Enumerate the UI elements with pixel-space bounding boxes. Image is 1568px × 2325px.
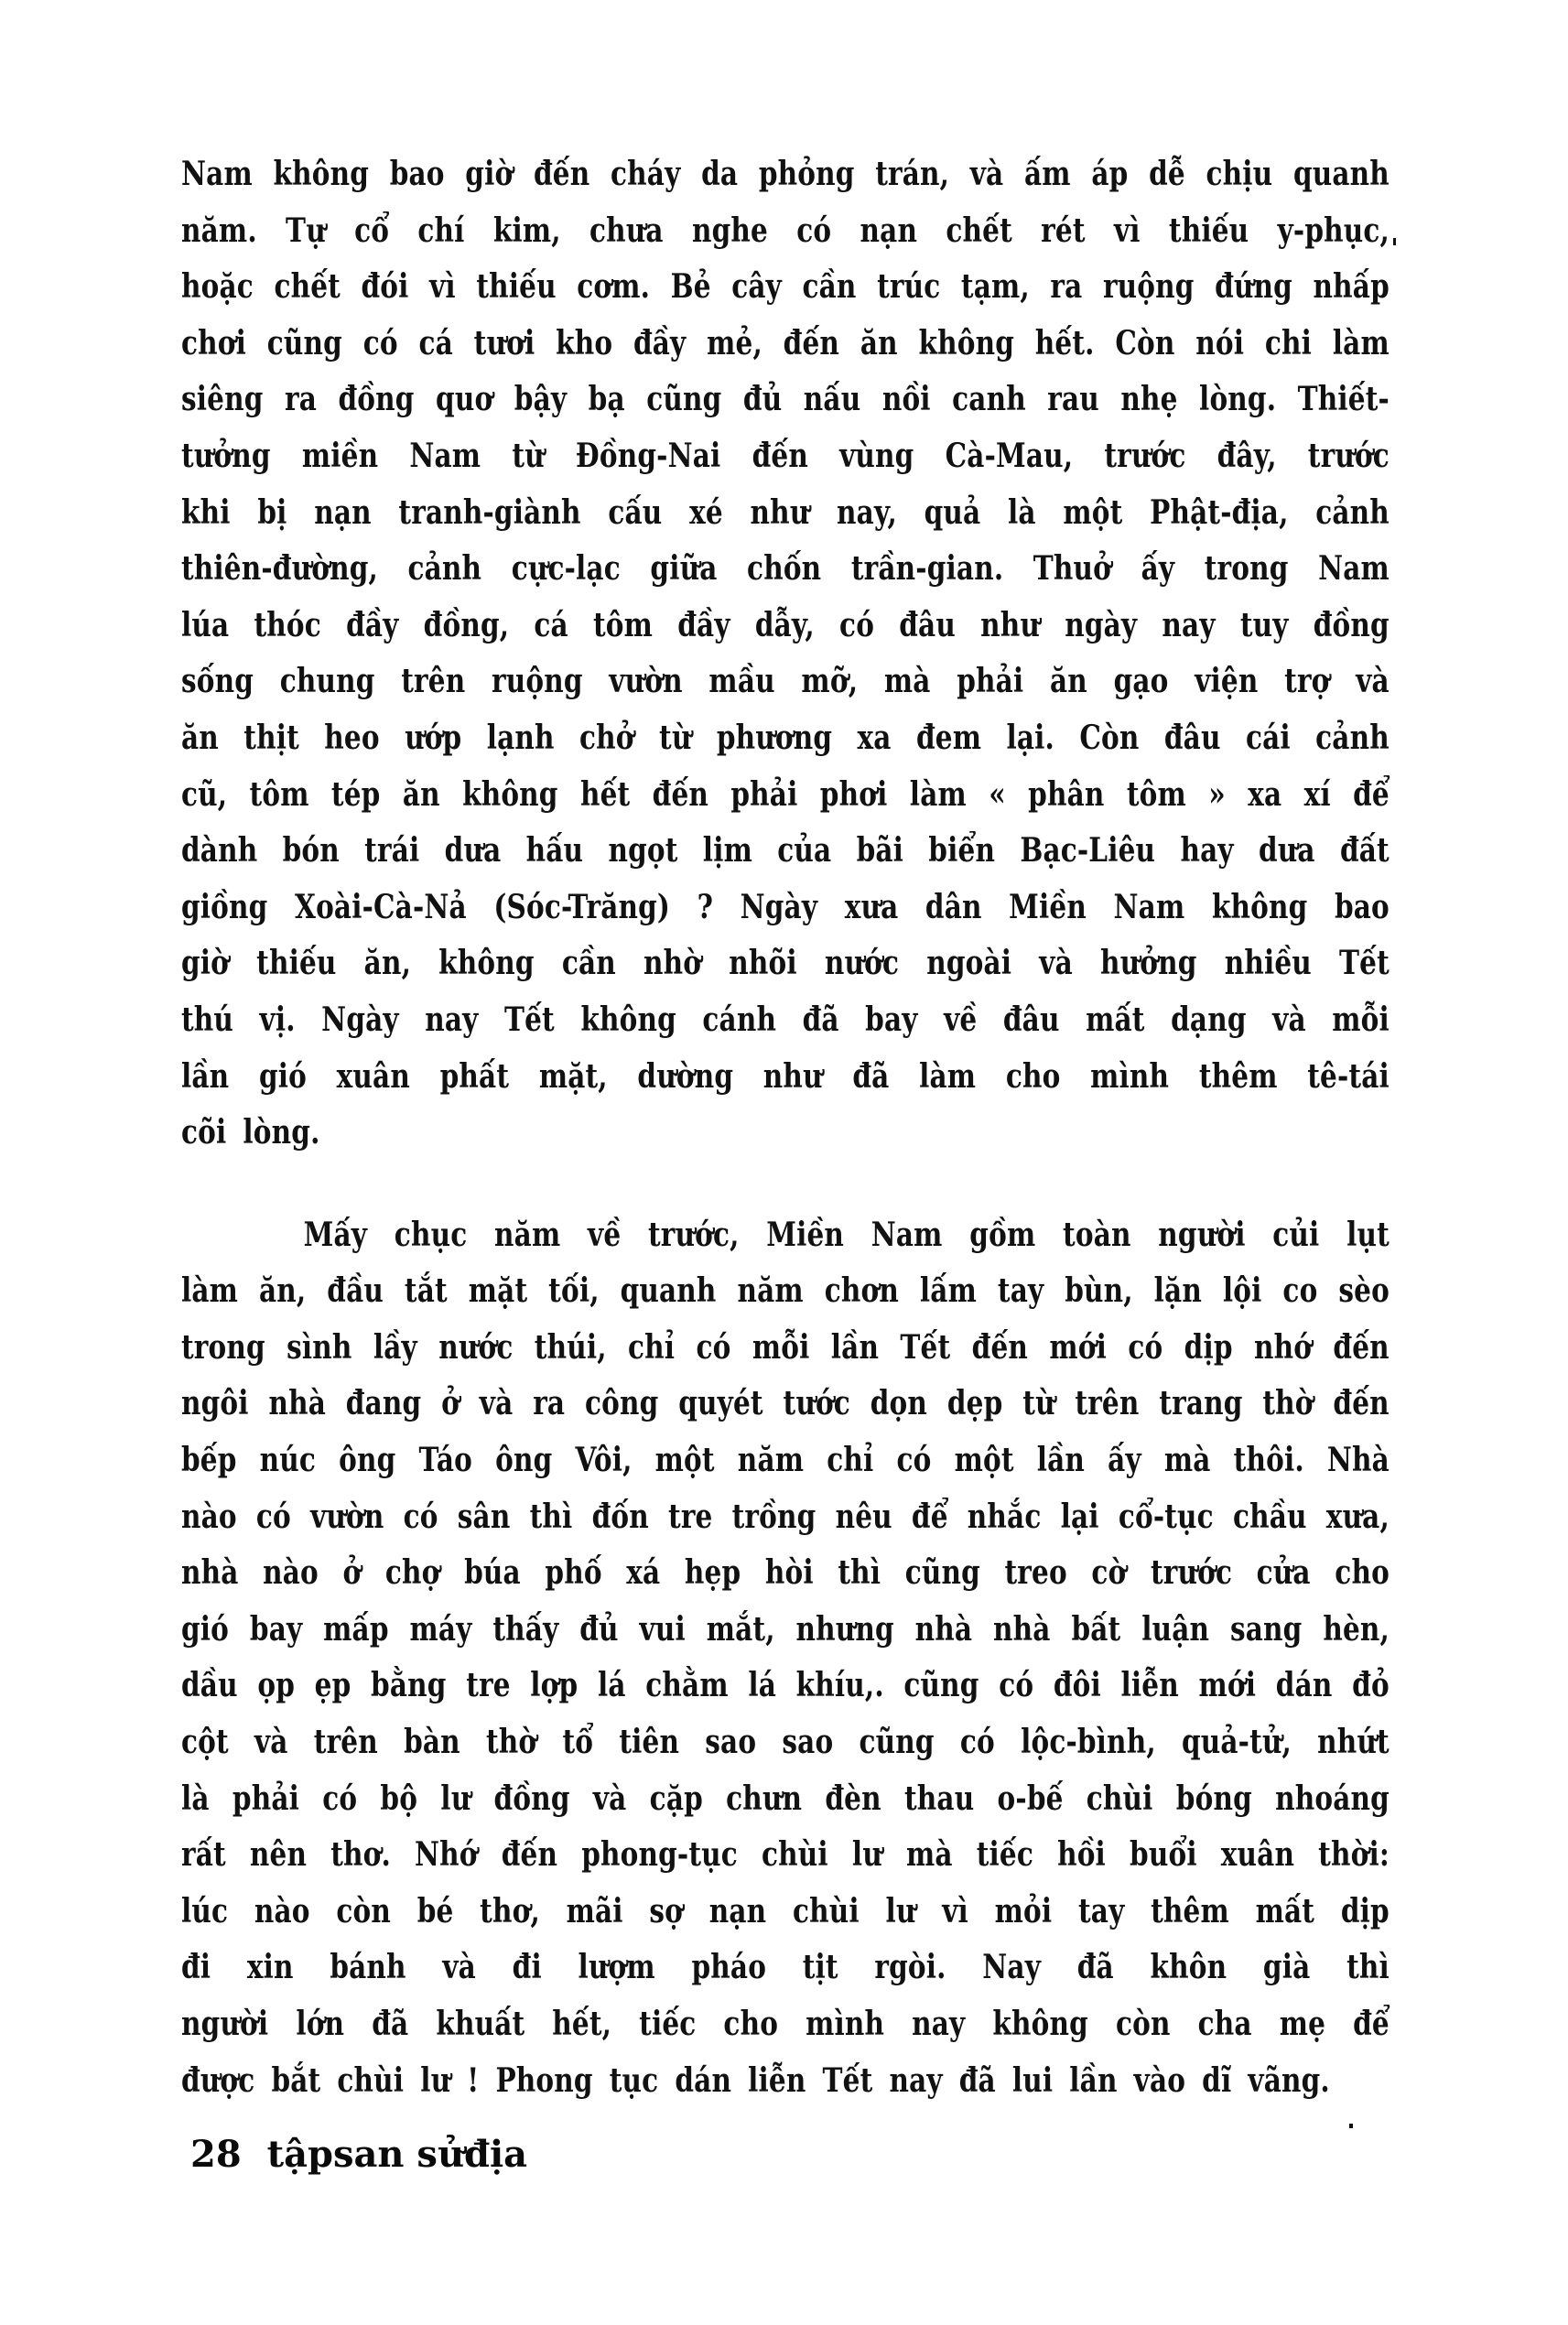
word: tục [610, 2053, 659, 2110]
text-line: năm.Tựcổchíkim,chưanghecónạnchếtrétvìthi… [181, 203, 1390, 260]
text-line: lúcnàocònbéthơ,mãisợnạnchùilưvìmỏitaythê… [181, 1884, 1390, 1941]
word: hèn, [1323, 1602, 1390, 1659]
word: miền [302, 428, 378, 485]
word: lầy [373, 1320, 417, 1377]
word: như [763, 1049, 823, 1106]
text-line: khibịnạntranh-giànhcấuxénhưnay,quảlàmộtP… [181, 485, 1390, 542]
word: và [1272, 992, 1306, 1049]
word: lần [1069, 2053, 1117, 2110]
word: vào [1134, 2053, 1185, 2110]
word: trợ [1284, 654, 1329, 710]
word: cảnh [1315, 485, 1390, 542]
text-line: bếpnúcôngTáoôngVôi,mộtnămchỉcómộtlầnấymà… [181, 1433, 1390, 1489]
word: Ngày [321, 992, 399, 1049]
word: năm [494, 1207, 560, 1264]
scan-artifact [1349, 2124, 1353, 2128]
word: là [1008, 485, 1036, 542]
word: quanh [1293, 146, 1390, 203]
word: lụt [1346, 1207, 1390, 1264]
word: cặp [650, 1771, 703, 1828]
word: có [322, 1771, 357, 1828]
word: Đồng-Nai [576, 428, 720, 485]
word: vãng. [1248, 2053, 1329, 2110]
word: tôm [250, 767, 309, 824]
word: và [480, 1376, 514, 1433]
word: tre [668, 1489, 712, 1546]
word: cũng [905, 1545, 980, 1602]
word: đủ [743, 372, 782, 428]
word: dịp [1341, 1884, 1390, 1941]
word: để [912, 1489, 948, 1546]
word: dưa [445, 823, 502, 880]
word: lá [748, 1658, 776, 1714]
word: kho [556, 316, 612, 373]
word: vị. [260, 992, 296, 1049]
word: lợp [530, 1658, 578, 1714]
text-line: rấtnênthơ.Nhớđếnphong-tụcchùilưmàtiếchồi… [181, 1827, 1390, 1884]
word: Xoài-Cà-Nả [295, 880, 467, 936]
text-line: sốngchungtrênruộngvườnmầumỡ,màphảiăngạov… [181, 654, 1390, 710]
word: rét [1041, 203, 1085, 260]
word: Phật-địa, [1150, 485, 1288, 542]
word: tươi [474, 316, 535, 373]
word: giữa [650, 541, 717, 598]
publication-title: tậpsan sửđịa [267, 2133, 528, 2176]
word: xưa, [1326, 1489, 1390, 1546]
word: còn [1116, 1996, 1171, 2053]
word: nào [181, 1489, 237, 1546]
word: bàn [404, 1714, 460, 1771]
word: ! [467, 2053, 479, 2110]
word: vui [640, 1602, 686, 1659]
word: Miền [766, 1207, 844, 1264]
word: ruộng [492, 654, 583, 710]
word: có [1128, 1320, 1162, 1377]
word: nhẹ [1120, 372, 1177, 428]
word: treo [1004, 1545, 1066, 1602]
word: nhắc [968, 1489, 1042, 1546]
word: ăn [1050, 654, 1087, 710]
word: bón [283, 823, 340, 880]
word: nạn [709, 1884, 767, 1941]
word: ruộng [1103, 259, 1195, 316]
word: thờ [486, 1714, 536, 1771]
word: bao [1335, 880, 1390, 936]
word: nhà [993, 1602, 1051, 1659]
word: đầu [327, 1263, 384, 1320]
word: bóng [1176, 1771, 1252, 1828]
word: canh [952, 372, 1026, 428]
word: Bạc-Liêu [1020, 823, 1155, 880]
word: Tự [286, 203, 326, 260]
word: Còn [1115, 316, 1174, 373]
word: ấy [1141, 541, 1175, 598]
word: cánh [702, 992, 776, 1049]
word: hết, [552, 1996, 611, 2053]
word: cũng [903, 1658, 979, 1714]
word: phương [717, 710, 832, 767]
word: đôi [1054, 1658, 1101, 1714]
word: nhứt [1317, 1714, 1390, 1771]
word: xá [626, 1545, 660, 1602]
text-line: lúathócđầyđồng,cátômđầydẫy,cóđâunhưngàyn… [181, 598, 1390, 654]
word: hấu [526, 823, 584, 880]
word: hưởng [1100, 935, 1197, 992]
word: năm [737, 1263, 803, 1320]
word: cây [731, 259, 782, 316]
word: cũng [860, 1714, 935, 1771]
word: đi [181, 1940, 211, 1996]
word: dầu [181, 1658, 238, 1714]
text-line: dầuọpẹpbằngtrelợpláchằmlákhíu,.cũngcóđôi… [181, 1658, 1390, 1714]
word: mỗi [1332, 992, 1390, 1049]
word: đã [852, 1049, 889, 1106]
word: ngoài [926, 935, 1011, 992]
word: kim, [493, 203, 561, 260]
word: dành [181, 823, 257, 880]
word: biển [928, 823, 995, 880]
word: người [181, 1996, 268, 2053]
word: có [999, 1658, 1033, 1714]
word: lúc [181, 1884, 228, 1941]
word: thời: [1318, 1827, 1390, 1884]
word: từ [512, 428, 544, 485]
word: trang [1159, 1376, 1242, 1433]
word: dĩ [1202, 2053, 1231, 2110]
word: và [970, 146, 1004, 203]
word: xé [689, 485, 723, 542]
word: heo [324, 710, 379, 767]
word: lịm [703, 823, 752, 880]
word: bất [1071, 1602, 1120, 1659]
text-line: làphảicóbộlưđồngvàcặpchưnđènthauo-bếchùi… [181, 1771, 1390, 1828]
word: và [1039, 935, 1073, 992]
word: đầy [633, 316, 686, 373]
word: cần [562, 935, 616, 992]
word: phải [232, 1771, 299, 1828]
word: bộ [380, 1771, 417, 1828]
word: đã [959, 2053, 996, 2110]
word: lại. [1007, 710, 1054, 767]
word: bao [390, 146, 445, 203]
word: đỏ [1352, 1658, 1390, 1714]
word: Nam [871, 1207, 943, 1264]
word: chốn [747, 541, 821, 598]
word: chầu [1233, 1489, 1307, 1546]
word: dán [675, 2053, 731, 2110]
word: đồng [1314, 598, 1390, 654]
text-line: nàocóvườncósânthìđốntretrồngnêuđểnhắclại… [181, 1489, 1390, 1546]
word: chỉ [827, 1433, 873, 1489]
word: nấu [804, 372, 861, 428]
word: nhà [181, 1545, 239, 1602]
word: cơm. [577, 259, 650, 316]
word: vì [942, 1884, 968, 1941]
word: vì [429, 259, 456, 316]
word: thêm [1151, 1884, 1229, 1941]
word: là [181, 1771, 210, 1828]
word: đến [1333, 1320, 1389, 1377]
word: lư [886, 1884, 916, 1941]
text-line: ngôinhàđangởvàracôngquyéttướcdọndẹptừtrê… [181, 1376, 1390, 1433]
word: chi [1265, 316, 1312, 373]
word: nói [1195, 316, 1244, 373]
word: mỡ, [801, 654, 858, 710]
word: nay, [837, 485, 897, 542]
text-line: đixinbánhvàđilượmpháotịtrgòi.Nayđãkhôngi… [181, 1940, 1390, 1996]
text-line: cõilòng. [181, 1105, 1390, 1162]
word: Tết [504, 992, 555, 1049]
word: cổ-tục [1119, 1489, 1214, 1546]
word: trước, [648, 1207, 740, 1264]
word: hẹp [685, 1545, 741, 1602]
word: ngôi [181, 1376, 249, 1433]
word: ngọt [608, 823, 677, 880]
word: mới [1199, 1658, 1257, 1714]
word: có [363, 316, 398, 373]
word: lư [420, 2053, 450, 2110]
word: Nam [1318, 541, 1390, 598]
word: không [992, 1996, 1088, 2053]
word: đã [1077, 1940, 1114, 1996]
word: tôm [1127, 767, 1186, 824]
word: tranh-giành [398, 485, 580, 542]
word: năm. [181, 203, 257, 260]
word: giờ [181, 935, 229, 992]
word: đến [972, 1320, 1028, 1377]
word: hay [1180, 823, 1233, 880]
word: về [944, 992, 977, 1049]
word: cực-lạc [512, 541, 621, 598]
word: nhưng [795, 1602, 893, 1659]
word: cũng [646, 372, 721, 428]
word: hoặc [181, 259, 254, 316]
word: chết [274, 259, 341, 316]
word: cá [534, 598, 568, 654]
word: phải [957, 654, 1023, 710]
word: có [256, 1489, 291, 1546]
word: Nhớ [415, 1827, 478, 1884]
word: nhờ [643, 935, 701, 992]
word: ẹp [315, 1658, 351, 1714]
text-line: cũ,tômtépănkhônghếtđếnphảiphơilàm«phântô… [181, 767, 1390, 824]
word: quyét [678, 1376, 762, 1433]
word: chung [280, 654, 375, 710]
word: ăn, [364, 935, 411, 992]
word: đi [513, 1940, 542, 1996]
word: bay [250, 1602, 302, 1659]
word: đói [362, 259, 409, 316]
word: đến [752, 428, 808, 485]
word: Nam [1114, 880, 1185, 936]
word: bùn, [1065, 1263, 1133, 1320]
word: củi [1272, 1207, 1319, 1264]
word: sợ [649, 1884, 683, 1941]
word: nạn [314, 485, 372, 542]
word: mắt, [707, 1602, 775, 1659]
word: cổ [354, 203, 389, 260]
word: đâu [1164, 710, 1221, 767]
word: dịp [1184, 1320, 1233, 1377]
word: dân [925, 880, 982, 936]
word: trồng [732, 1489, 816, 1546]
word: đã [803, 992, 839, 1049]
word: xuân [337, 1049, 410, 1106]
word: còn [336, 1884, 391, 1941]
word: đem [916, 710, 981, 767]
word: ướp [405, 710, 461, 767]
text-line: nhànàoởchợbúaphốxáhẹphòithìcũngtreocờtrư… [181, 1545, 1390, 1602]
word: năm [738, 1433, 804, 1489]
word: cho [1335, 1545, 1390, 1602]
page-footer: 28 tậpsan sửđịa [190, 2133, 527, 2176]
word: nay [889, 2053, 942, 2110]
word: dọn [871, 1376, 927, 1433]
word: Tết [900, 1320, 950, 1377]
word: ông [339, 1433, 395, 1489]
word: chục [395, 1207, 468, 1264]
word: chợ [385, 1545, 440, 1602]
word: bé [417, 1884, 454, 1941]
word: lộc-bình, [1021, 1714, 1156, 1771]
word: ngày [1065, 598, 1137, 654]
word: phong-tục [581, 1827, 738, 1884]
word: khôn [1151, 1940, 1227, 1996]
word: lần [181, 1049, 229, 1106]
word: tối, [548, 1263, 599, 1320]
word: về [588, 1207, 621, 1264]
word: đến [784, 316, 839, 373]
word: nào [254, 1884, 310, 1941]
word: lặn [1154, 1263, 1202, 1320]
word: sân [458, 1489, 511, 1546]
word: ra [1050, 259, 1082, 316]
word: từ [1022, 1376, 1054, 1433]
word: thiếu [1169, 203, 1249, 260]
word: ăn [403, 767, 440, 824]
word: xưa [845, 880, 899, 936]
word: liễn [1121, 1658, 1179, 1714]
word: vườn [609, 654, 682, 710]
word: sao [705, 1714, 756, 1771]
text-line: siêngrađồngquơbậybạcũngđủnấunồicanhraunh… [181, 372, 1390, 428]
word: tước [784, 1376, 850, 1433]
word: » [1208, 767, 1226, 824]
word: dưa [1259, 823, 1315, 880]
word: chùi [337, 2053, 404, 2110]
word: từ [659, 710, 691, 767]
text-line: Namkhôngbaogiờđếncháydaphỏngtrán,vàấmápd… [181, 146, 1390, 203]
text-line: gióbaymấpmáythấyđủvuimắt,nhưngnhànhàbấtl… [181, 1602, 1390, 1659]
word: chí [417, 203, 464, 260]
word: vườn [310, 1489, 384, 1546]
word: ở [441, 1376, 460, 1433]
word: giồng [181, 880, 267, 936]
word: chùi [762, 1827, 828, 1884]
word: chết [946, 203, 1012, 260]
word: thấy [492, 1602, 558, 1659]
word: sao [782, 1714, 833, 1771]
word: đến [502, 1827, 557, 1884]
word: đồng, [424, 598, 510, 654]
word: mẻ, [707, 316, 762, 373]
word: gạo [1114, 654, 1169, 710]
word: dễ [1149, 146, 1185, 203]
word: có [796, 203, 831, 260]
word: Thuở [1033, 541, 1111, 598]
word: buổi [1130, 1827, 1197, 1884]
word: Ngày [741, 880, 818, 936]
word: nhoáng [1275, 1771, 1390, 1828]
word: thiếu [476, 259, 556, 316]
word: và [593, 1771, 627, 1828]
text-line: làmăn,đầutắtmặttối,quanhnămchơnlấmtaybùn… [181, 1263, 1390, 1320]
word: dán [1276, 1658, 1333, 1714]
word: Còn [1079, 710, 1139, 767]
word: trên [1075, 1376, 1139, 1433]
word: nào [263, 1545, 319, 1602]
word: Nay [982, 1940, 1041, 1996]
word: tép [331, 767, 381, 824]
word: tạm, [961, 259, 1030, 316]
word: già [1263, 1940, 1310, 1996]
word: bằng [371, 1658, 447, 1714]
word: lư [440, 1771, 470, 1828]
word: dường [637, 1049, 733, 1106]
paragraph: Mấychụcnămvềtrước,MiềnNamgồmtoànngườicủi… [181, 1207, 1390, 2110]
word: vì [1114, 203, 1141, 260]
text-line: cộtvàtrênbànthờtổtiênsaosaocũngcólộc-bìn… [181, 1714, 1390, 1771]
word: đèn [825, 1771, 881, 1828]
word: mỗi [752, 1320, 810, 1377]
word: mẹ [1280, 1996, 1325, 2053]
text-line: giờthiếuăn,khôngcầnnhờnhõinướcngoàivàhưở… [181, 935, 1390, 992]
word: một [655, 1433, 715, 1489]
word: trúc [877, 259, 940, 316]
word: đất [1340, 823, 1390, 880]
word: bãi [857, 823, 903, 880]
word: rgòi. [874, 1940, 946, 1996]
word: ông [495, 1433, 552, 1489]
word: thú [181, 992, 233, 1049]
word: Miền [1009, 880, 1087, 936]
word: thì [530, 1489, 573, 1546]
word: không [580, 992, 676, 1049]
word: thôi. [1234, 1433, 1304, 1489]
word: cảnh [1315, 710, 1390, 767]
word: như [750, 485, 809, 542]
word: nồi [882, 372, 931, 428]
word: thiếu [256, 935, 336, 992]
word: có [896, 1433, 931, 1489]
word: gió [259, 1049, 307, 1106]
word: mà [1164, 1433, 1211, 1489]
word: gió [181, 1602, 229, 1659]
word: sống [181, 654, 254, 710]
word: trong [181, 1320, 265, 1377]
word: lúa [181, 598, 229, 654]
word: trước [1104, 428, 1185, 485]
word: đầy [677, 598, 730, 654]
word: đây, [1217, 428, 1277, 485]
word: sèo [1338, 1263, 1390, 1320]
word: chùi [1087, 1771, 1153, 1828]
word: được [181, 2053, 254, 2110]
word: đâu [1003, 992, 1060, 1049]
word: để [1353, 1996, 1390, 2053]
word: đồng [494, 1771, 570, 1828]
word: rau [1047, 372, 1099, 428]
